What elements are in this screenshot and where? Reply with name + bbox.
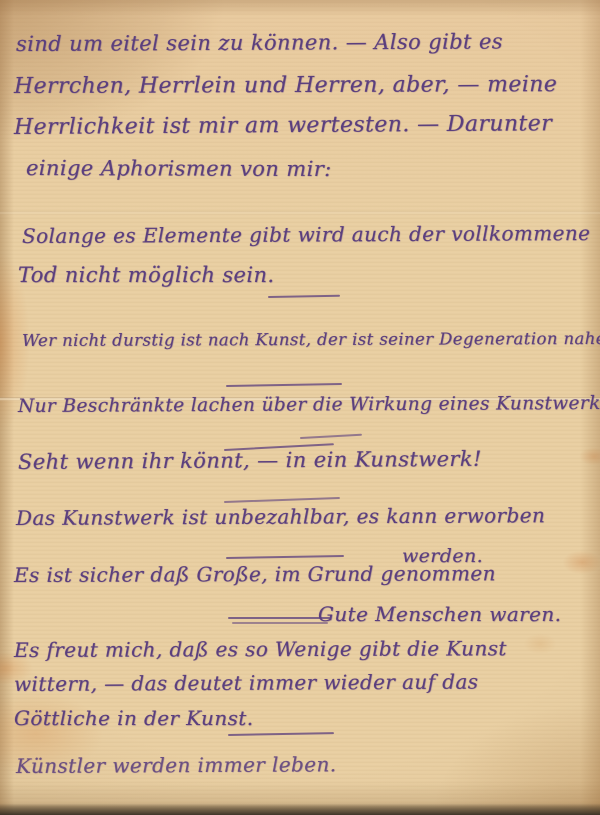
- handwriting-line: Herrlichkeit ist mir am wertesten. — Dar…: [14, 111, 552, 140]
- handwriting-line: Es freut mich, daß es so Wenige gibt die…: [14, 636, 507, 662]
- ink-underline: [228, 617, 330, 619]
- ink-underline: [226, 555, 344, 559]
- handwriting-line: Solange es Elemente gibt wird auch der v…: [22, 221, 590, 248]
- paper-bottom-edge-shadow: [0, 803, 600, 815]
- handwriting-line: Tod nicht möglich sein.: [18, 263, 275, 287]
- ink-underline: [226, 383, 342, 387]
- handwriting-line: wittern, — das deutet immer wieder auf d…: [14, 670, 479, 696]
- handwriting-line: einige Aphorismen von mir:: [26, 156, 332, 181]
- handwriting-line: Nur Beschränkte lachen über die Wirkung …: [18, 393, 600, 417]
- handwriting-line: Wer nicht durstig ist nach Kunst, der is…: [22, 329, 600, 350]
- handwriting-line: Göttliche in der Kunst.: [14, 706, 253, 730]
- handwriting-line: Künstler werden immer leben.: [16, 752, 337, 778]
- handwriting-line: sind um eitel sein zu können. — Also gib…: [16, 29, 503, 56]
- ink-underline: [232, 622, 328, 624]
- ink-underline: [224, 497, 340, 503]
- manuscript-page: sind um eitel sein zu können. — Also gib…: [0, 0, 600, 815]
- ink-underline: [300, 434, 362, 439]
- ink-underline: [268, 295, 340, 298]
- handwriting-line: Es ist sicher daß Große, im Grund genomm…: [14, 561, 496, 587]
- handwriting-line: Gute Menschen waren.: [318, 602, 561, 626]
- handwriting-line: Das Kunstwerk ist unbezahlbar, es kann e…: [16, 503, 545, 530]
- handwriting-line: Seht wenn ihr könnt, — in ein Kunstwerk!: [18, 447, 482, 474]
- fold-crease-upper: [0, 211, 600, 215]
- ink-underline: [228, 732, 334, 736]
- handwriting-line: Herrchen, Herrlein und Herren, aber, — m…: [14, 72, 557, 99]
